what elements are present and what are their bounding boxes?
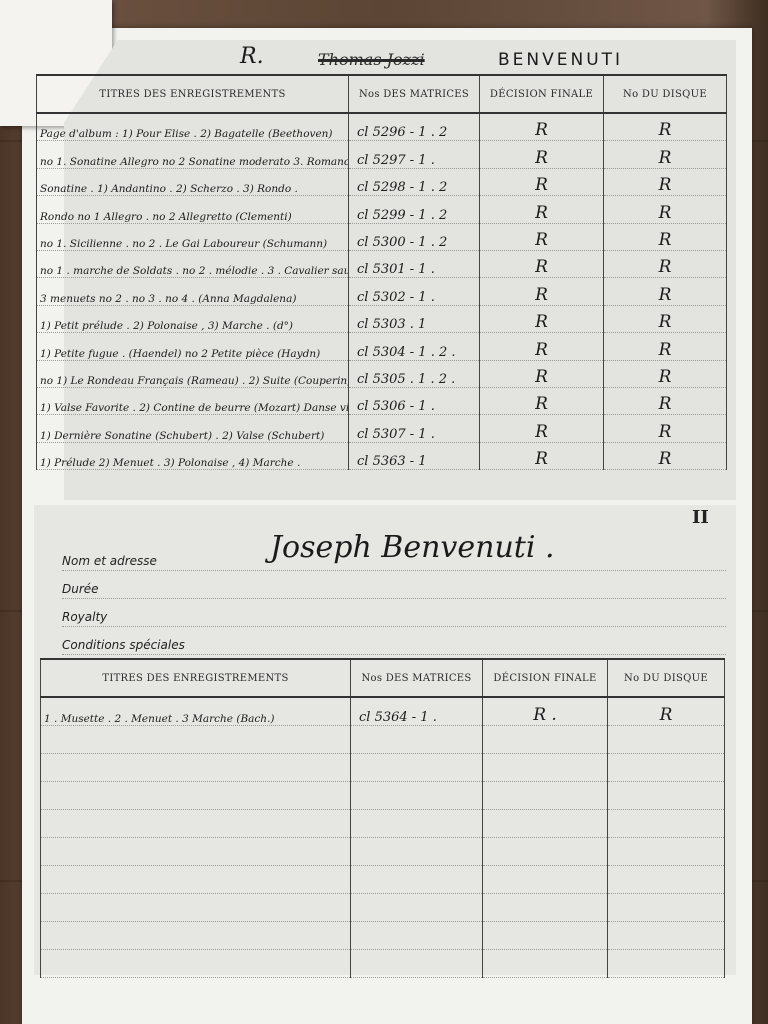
field-special-conditions: Conditions spéciales [62,632,726,655]
title-cell: no 1) Le Rondeau Français (Rameau) . 2) … [37,360,349,387]
table-row: Sonatine . 1) Andantino . 2) Scherzo . 3… [37,168,727,195]
matrix-cell: cl 5363 - 1 [349,442,480,469]
header-final-decision: DÉCISION FINALE [483,659,608,697]
matrix-cell: cl 5305 . 1 . 2 . [349,360,480,387]
matrix-cell [351,922,483,950]
table-row [41,726,725,754]
table-row [41,810,725,838]
title-cell [41,754,351,782]
table-row: 1) Valse Favorite . 2) Contine de beurre… [37,387,727,414]
table-row [41,782,725,810]
disc-cell: R [604,278,727,305]
decision-cell: R [480,387,604,414]
title-cell: no 1. Sonatine Allegro no 2 Sonatine mod… [37,141,349,168]
field-royalty: Royalty [62,604,726,627]
matrix-cell: cl 5303 . 1 [349,305,480,332]
matrix-cell [351,782,483,810]
disc-cell: R [604,250,727,277]
disc-cell [608,782,725,810]
title-cell [41,922,351,950]
header-matrices: Nos DES MATRICES [349,75,480,113]
title-cell: no 1 . marche de Soldats . no 2 . mélodi… [37,250,349,277]
artist-annotation: BENVENUTI [498,50,623,70]
disc-cell: R [604,360,727,387]
decision-cell [483,894,608,922]
decision-cell: R [480,415,604,442]
title-cell [41,950,351,978]
decision-cell: R [480,141,604,168]
title-cell: 1) Dernière Sonatine (Schubert) . 2) Val… [37,415,349,442]
table-row: Page d'album : 1) Pour Elise . 2) Bagate… [37,113,727,141]
sheet-number: II [692,507,709,528]
title-cell: no 1. Sicilienne . no 2 . Le Gai Laboure… [37,223,349,250]
decision-cell [483,782,608,810]
disc-cell: R [604,387,727,414]
disc-cell [608,726,725,754]
disc-cell: R [604,196,727,223]
table-row [41,866,725,894]
header-titles: TITRES DES ENREGISTREMENTS [37,75,349,113]
matrix-cell [351,810,483,838]
decision-cell: R [480,305,604,332]
decision-cell: R [480,113,604,141]
field-duration: Durée [62,576,726,599]
matrix-cell [351,726,483,754]
header-matrices: Nos DES MATRICES [351,659,483,697]
table-row: Rondo no 1 Allegro . no 2 Allegretto (Cl… [37,196,727,223]
table-header-row: TITRES DES ENREGISTREMENTS Nos DES MATRI… [41,659,725,697]
table-row [41,950,725,978]
table-row: 1) Petit prélude . 2) Polonaise , 3) Mar… [37,305,727,332]
title-cell [41,810,351,838]
table-row: 3 menuets no 2 . no 3 . no 4 . (Anna Mag… [37,278,727,305]
header-titles: TITRES DES ENREGISTREMENTS [41,659,351,697]
disc-cell: R [604,333,727,360]
title-cell: Sonatine . 1) Andantino . 2) Scherzo . 3… [37,168,349,195]
header-disc-number: No DU DISQUE [604,75,727,113]
table-row [41,894,725,922]
disc-cell: R [604,141,727,168]
matrix-cell [351,950,483,978]
table-row: no 1) Le Rondeau Français (Rameau) . 2) … [37,360,727,387]
table-header-row: TITRES DES ENREGISTREMENTS Nos DES MATRI… [37,75,727,113]
table-row: no 1. Sicilienne . no 2 . Le Gai Laboure… [37,223,727,250]
matrix-cell [351,894,483,922]
field-name-address: Nom et adresse [62,548,726,571]
matrix-cell: cl 5296 - 1 . 2 [349,113,480,141]
decision-cell [483,810,608,838]
title-cell: 1) Petite fugue . (Haendel) no 2 Petite … [37,333,349,360]
title-cell: 1) Petit prélude . 2) Polonaise , 3) Mar… [37,305,349,332]
matrix-cell: cl 5298 - 1 . 2 [349,168,480,195]
matrix-cell: cl 5299 - 1 . 2 [349,196,480,223]
decision-cell [483,754,608,782]
decision-cell [483,922,608,950]
disc-cell [608,922,725,950]
decision-cell: R [480,250,604,277]
title-cell: Page d'album : 1) Pour Elise . 2) Bagate… [37,113,349,141]
decision-cell: R [480,278,604,305]
title-cell [41,726,351,754]
field-label: Conditions spéciales [62,638,185,652]
bottom-recordings-table: TITRES DES ENREGISTREMENTS Nos DES MATRI… [40,658,725,978]
disc-cell [608,810,725,838]
disc-cell [608,838,725,866]
matrix-cell: cl 5300 - 1 . 2 [349,223,480,250]
disc-cell: R [604,223,727,250]
disc-cell: R [604,168,727,195]
decision-cell: R [480,168,604,195]
table-row: 1) Petite fugue . (Haendel) no 2 Petite … [37,333,727,360]
disc-cell: R [604,415,727,442]
disc-cell [608,866,725,894]
decision-cell: R [480,196,604,223]
matrix-cell: cl 5364 - 1 . [351,697,483,726]
decision-cell: R [480,360,604,387]
matrix-cell: cl 5307 - 1 . [349,415,480,442]
annotation-mark: R. [240,44,264,69]
title-cell: 1 . Musette . 2 . Menuet . 3 Marche (Bac… [41,697,351,726]
disc-cell: R [608,697,725,726]
matrix-cell: cl 5306 - 1 . [349,387,480,414]
disc-cell: R [604,305,727,332]
matrix-cell [351,866,483,894]
table-row: no 1 . marche de Soldats . no 2 . mélodi… [37,250,727,277]
decision-cell [483,866,608,894]
title-cell [41,894,351,922]
decision-cell [483,726,608,754]
table-row: 1 . Musette . 2 . Menuet . 3 Marche (Bac… [41,697,725,726]
title-cell: Rondo no 1 Allegro . no 2 Allegretto (Cl… [37,196,349,223]
decision-cell [483,950,608,978]
decision-cell: R . [483,697,608,726]
matrix-cell: cl 5301 - 1 . [349,250,480,277]
disc-cell [608,950,725,978]
disc-cell [608,894,725,922]
title-cell: 1) Prélude 2) Menuet . 3) Polonaise , 4)… [37,442,349,469]
decision-cell [483,838,608,866]
header-disc-number: No DU DISQUE [608,659,725,697]
matrix-cell: cl 5297 - 1 . [349,141,480,168]
matrix-cell [351,838,483,866]
title-cell: 3 menuets no 2 . no 3 . no 4 . (Anna Mag… [37,278,349,305]
top-recordings-table: TITRES DES ENREGISTREMENTS Nos DES MATRI… [36,74,727,470]
title-cell [41,782,351,810]
header-final-decision: DÉCISION FINALE [480,75,604,113]
matrix-cell: cl 5304 - 1 . 2 . [349,333,480,360]
matrix-cell: cl 5302 - 1 . [349,278,480,305]
table-row: 1) Dernière Sonatine (Schubert) . 2) Val… [37,415,727,442]
decision-cell: R [480,442,604,469]
disc-cell [608,754,725,782]
title-cell [41,866,351,894]
field-label: Nom et adresse [62,554,157,568]
decision-cell: R [480,223,604,250]
disc-cell: R [604,442,727,469]
decision-cell: R [480,333,604,360]
field-label: Durée [62,582,99,596]
table-row [41,754,725,782]
field-label: Royalty [62,610,107,624]
table-row: 1) Prélude 2) Menuet . 3) Polonaise , 4)… [37,442,727,469]
disc-cell: R [604,113,727,141]
title-cell: 1) Valse Favorite . 2) Contine de beurre… [37,387,349,414]
struck-name: Thomas Jozzi [318,50,425,69]
title-cell [41,838,351,866]
table-row [41,838,725,866]
table-row: no 1. Sonatine Allegro no 2 Sonatine mod… [37,141,727,168]
matrix-cell [351,754,483,782]
table-row [41,922,725,950]
